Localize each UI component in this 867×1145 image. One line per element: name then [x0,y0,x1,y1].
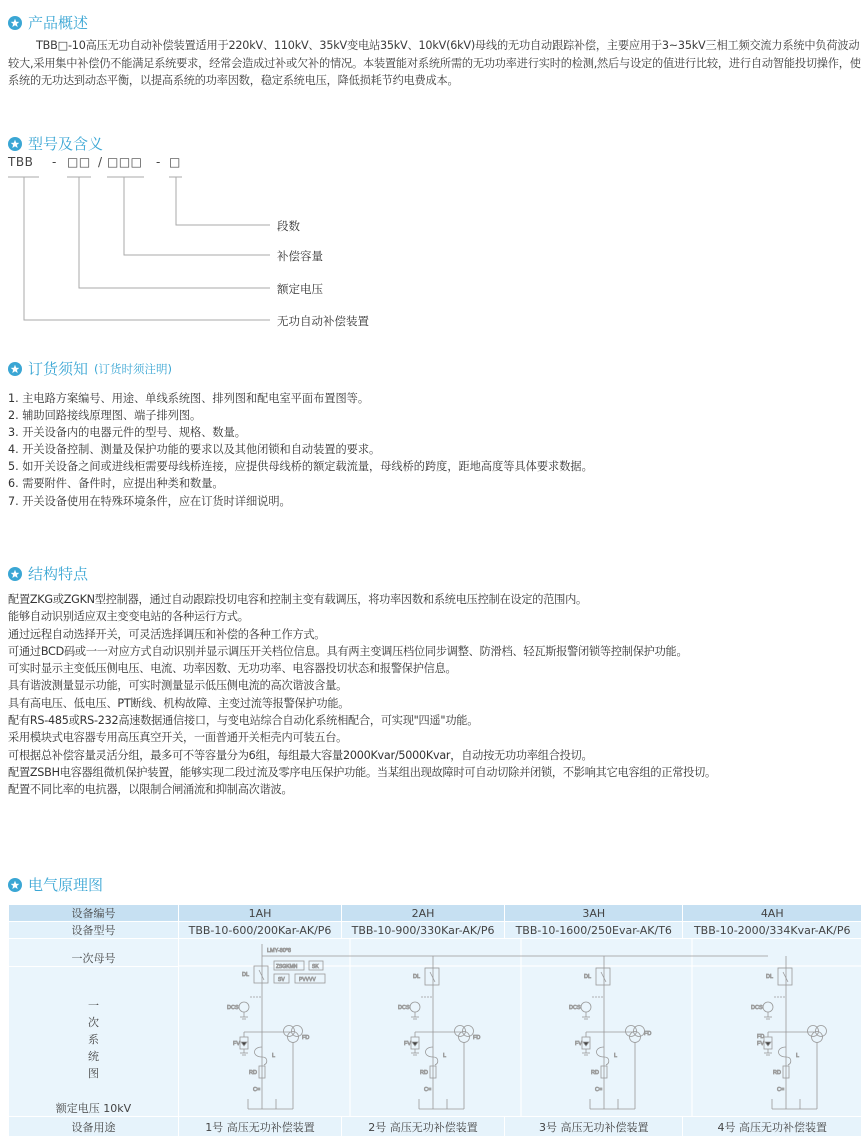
model-label-segments: 段数 [277,218,300,234]
electrical-table: 设备编号 1AH 2AH 3AH 4AH 设备型号 TBB-10-600/200… [8,904,862,1137]
model-label-capacity: 补偿容量 [277,248,323,264]
cell-device-model: TBB-10-600/200Kar-AK/P6 [179,922,342,939]
star-icon [8,567,22,581]
svg-text:FD: FD [644,1031,651,1037]
svg-text:FV: FV [757,1041,764,1047]
ordering-item: 5. 如开关设备之间或进线柜需要母线桥连接，应提供母线桥的额定载流量，母线桥的跨… [8,458,593,475]
svg-text:SV: SV [278,977,285,983]
row-label-bus: 一次母号 [9,950,178,966]
svg-text:DL: DL [584,974,591,980]
diagram-unit: DLDCSFVFDLRDC=LMY-80*8ZSGKMNSKSVPVVVV [227,944,325,1109]
svg-text:L: L [796,1053,799,1059]
ordering-item: 7. 开关设备使用在特殊环境条件，应在订货时详细说明。 [8,493,593,510]
table-row-device-no: 设备编号 1AH 2AH 3AH 4AH [9,905,862,922]
svg-text:C=: C= [595,1087,602,1093]
section-title-features: 结构特点 [8,563,88,584]
diagram-unit: DLDCSFVFDLRDC= [751,956,827,1109]
cell-device-no: 2AH [342,905,505,922]
svg-text:ZSGKMN: ZSGKMN [276,964,298,970]
row-label-rated-voltage: 额定电压 10kV [9,1100,178,1116]
cell-device-use: 4号 高压无功补偿装置 [683,1117,862,1137]
svg-text:FD: FD [473,1035,480,1041]
feature-item: 配有RS-485或RS-232高速数据通信接口，与变电站综合自动化系统相配合，可… [8,712,866,729]
svg-text:RD: RD [249,1070,257,1076]
svg-text:DCS: DCS [569,1005,581,1011]
feature-item: 采用模块式电容器专用高压真空开关，一面普通开关柜壳内可装五台。 [8,729,866,746]
svg-text:LMY-80*8: LMY-80*8 [267,948,291,954]
svg-text:FD: FD [302,1035,309,1041]
svg-text:RD: RD [591,1070,599,1076]
star-icon [8,137,22,151]
diagram-unit: DLDCSFVFDLRDC= [569,956,651,1109]
ordering-item: 1. 主电路方案编号、用途、单线系统图、排列图和配电室平面布置图等。 [8,390,593,407]
cell-device-use: 3号 高压无功补偿装置 [505,1117,683,1137]
svg-text:FD: FD [757,1034,764,1040]
svg-text:DCS: DCS [751,1005,763,1011]
section-title-text: 订货须知 [28,358,88,379]
cell-device-model: TBB-10-2000/334Kvar-AK/P6 [683,922,862,939]
svg-text:C=: C= [424,1087,431,1093]
star-icon [8,878,22,892]
star-icon [8,362,22,376]
svg-text:L: L [614,1053,617,1059]
cell-device-use: 1号 高压无功补偿装置 [179,1117,342,1137]
feature-item: 通过远程自动选择开关，可灵活选择调压和补偿的各种工作方式。 [8,626,866,643]
table-row-device-use: 设备用途 1号 高压无功补偿装置 2号 高压无功补偿装置 3号 高压无功补偿装置… [9,1117,862,1137]
feature-item: 能够自动识别适应双主变变电站的各种运行方式。 [8,608,866,625]
table-row-diagram: 一次母号 一 次 系 统 图 额定电压 10kV [9,939,862,1117]
feature-item: 具有谐波测量显示功能，可实时测量显示低压侧电流的高次谐波含量。 [8,677,866,694]
table-row-device-model: 设备型号 TBB-10-600/200Kar-AK/P6 TBB-10-900/… [9,922,862,939]
svg-text:FV: FV [233,1041,240,1047]
row-label: 设备用途 [9,1117,179,1137]
vertical-char: 一 [9,997,178,1014]
vertical-char: 图 [9,1065,178,1082]
vertical-char: 次 [9,1014,178,1031]
vertical-char: 统 [9,1048,178,1065]
row-label: 设备型号 [9,922,179,939]
section-title-text: 产品概述 [28,12,88,33]
svg-text:DCS: DCS [227,1005,239,1011]
svg-text:C=: C= [777,1087,784,1093]
feature-item: 配置ZKG或ZGKN型控制器，通过自动跟踪投切电容和控制主变有载调压，将功率因数… [8,591,866,608]
feature-item: 配置不同比率的电抗器，以限制合闸涌流和抑制高次谐波。 [8,781,866,798]
model-label-device: 无功自动补偿装置 [277,313,369,329]
svg-text:DL: DL [766,974,773,980]
svg-text:DL: DL [413,974,420,980]
star-icon [8,16,22,30]
feature-item: 具有高电压、低电压、PT断线、机构故障、主变过流等报警保护功能。 [8,695,866,712]
section-title-ordering: 订货须知 (订货时须注明) [8,358,172,379]
ordering-item: 2. 辅助回路接线原理图、端子排列图。 [8,407,593,424]
svg-text:FV: FV [404,1041,411,1047]
model-diagram: TBB - □□ / □□□ - □ 段数 补偿容量 额定电压 无功自动补偿装置 [0,155,420,345]
feature-item: 可通过BCD码或一一对应方式自动识别并显示调压开关档位信息。具有两主变调压档位同… [8,643,866,660]
svg-text:L: L [443,1053,446,1059]
feature-item: 配置ZSBH电容器组微机保护装置，能够实现二段过流及零序电压保护功能。当某组出现… [8,764,866,781]
section-title-overview: 产品概述 [8,12,88,33]
model-label-voltage: 额定电压 [277,281,323,297]
svg-text:DCS: DCS [398,1005,410,1011]
cell-device-model: TBB-10-900/330Kar-AK/P6 [342,922,505,939]
svg-text:FV: FV [575,1041,582,1047]
ordering-item: 4. 开关设备控制、测量及保护功能的要求以及其他闭锁和自动装置的要求。 [8,441,593,458]
section-title-electrical: 电气原理图 [8,874,103,895]
row-label: 设备编号 [9,905,179,922]
ordering-list: 1. 主电路方案编号、用途、单线系统图、排列图和配电室平面布置图等。 2. 辅助… [8,390,593,510]
section-title-text: 型号及含义 [28,133,103,154]
svg-text:C=: C= [253,1087,260,1093]
svg-text:PVVVV: PVVVV [299,977,316,983]
cell-device-no: 1AH [179,905,342,922]
section-subtitle: (订货时须注明) [94,361,172,377]
svg-text:SK: SK [312,964,319,970]
cell-device-no: 3AH [505,905,683,922]
single-line-diagram-svg: DLDCSFVFDLRDC=LMY-80*8ZSGKMNSKSVPVVVVDLD… [179,939,863,1117]
section-title-text: 结构特点 [28,563,88,584]
ordering-item: 3. 开关设备内的电器元件的型号、规格、数量。 [8,424,593,441]
cell-device-model: TBB-10-1600/250Evar-AK/T6 [505,922,683,939]
section-title-text: 电气原理图 [28,874,103,895]
single-line-diagrams: DLDCSFVFDLRDC=LMY-80*8ZSGKMNSKSVPVVVVDLD… [179,939,862,1117]
vertical-char: 系 [9,1031,178,1048]
diagram-unit: DLDCSFVFDLRDC= [398,956,480,1109]
section-title-model: 型号及含义 [8,133,103,154]
cell-device-no: 4AH [683,905,862,922]
svg-text:RD: RD [773,1070,781,1076]
row-label-primary-diagram: 一 次 系 统 图 [9,997,178,1082]
svg-text:L: L [272,1053,275,1059]
feature-item: 可实时显示主变低压侧电压、电流、功率因数、无功功率、电容器投切状态和报警保护信息… [8,660,866,677]
svg-text:RD: RD [420,1070,428,1076]
overview-paragraph: TBB□-10高压无功自动补偿装置适用于220kV、110kV、35kV变电站3… [8,37,864,90]
svg-text:DL: DL [242,972,249,978]
features-list: 配置ZKG或ZGKN型控制器，通过自动跟踪投切电容和控制主变有载调压，将功率因数… [8,591,866,799]
ordering-item: 6. 需要附件、备件时，应提出种类和数量。 [8,475,593,492]
cell-device-use: 2号 高压无功补偿装置 [342,1117,505,1137]
overview-text: TBB□-10高压无功自动补偿装置适用于220kV、110kV、35kV变电站3… [8,39,861,87]
row-label-diagram: 一次母号 一 次 系 统 图 额定电压 10kV [9,939,179,1117]
feature-item: 可根据总补偿容量灵活分组，最多可不等容量分为6组，每组最大容量2000Kvar/… [8,747,866,764]
